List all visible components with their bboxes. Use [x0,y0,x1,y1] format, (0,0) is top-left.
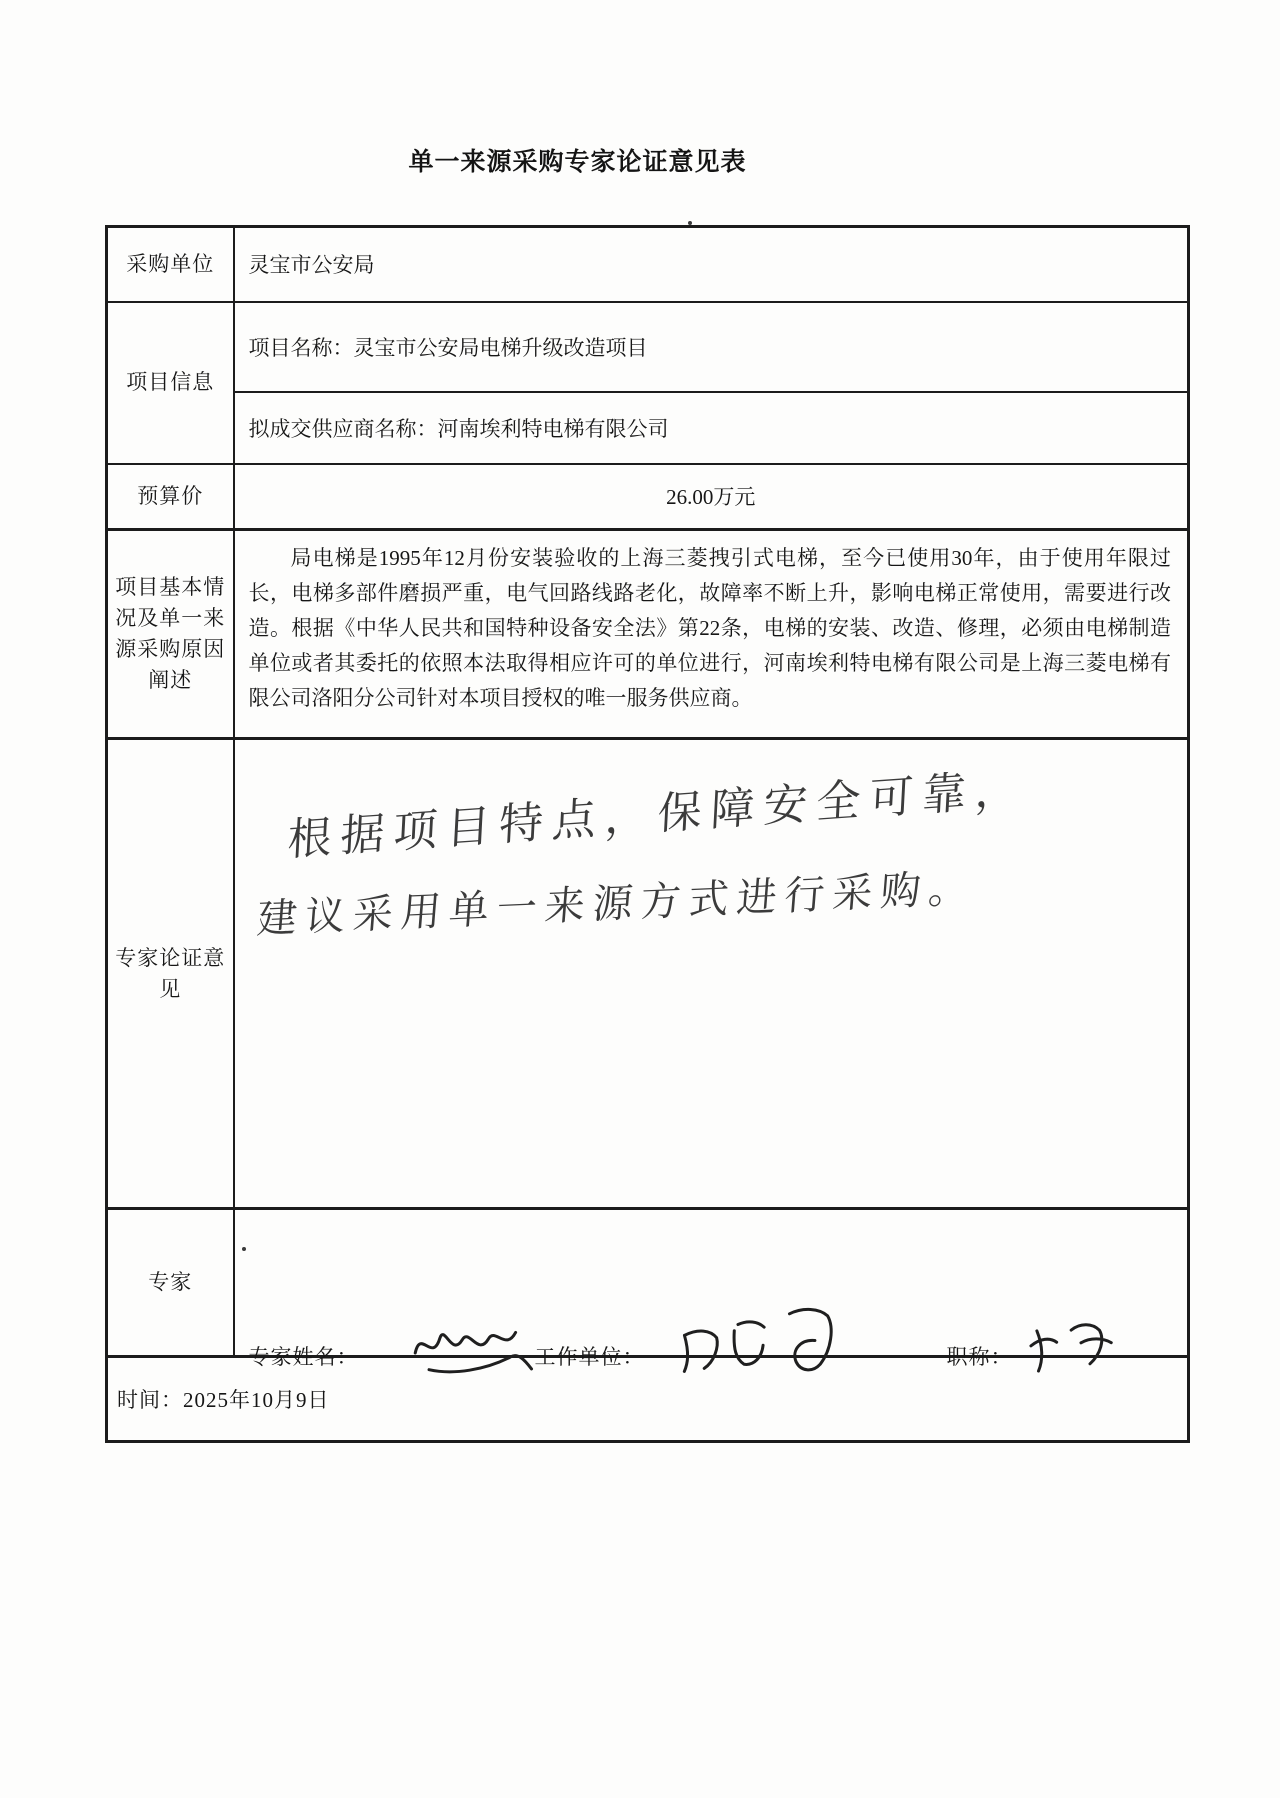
row-project-name: 项目信息 项目名称：灵宝市公安局电梯升级改造项目 [107,302,1189,392]
page-title: 单一来源采购专家论证意见表 [0,142,1155,178]
row-supplier: 拟成交供应商名称：河南埃利特电梯有限公司 [107,392,1189,464]
project-info-label: 项目信息 [107,302,234,464]
project-name-line: 项目名称：灵宝市公安局电梯升级改造项目 [234,302,1189,392]
background-label: 项目基本情况及单一来源采购原因阐述 [107,530,234,739]
expert-opinion-label: 专家论证意见 [107,739,234,1209]
scanned-document-page: 单一来源采购专家论证意见表 采购单位 灵宝市公安局 项目信息 项目名称：灵宝市公… [0,0,1280,1798]
purchasing-unit-value: 灵宝市公安局 [234,227,1189,302]
row-expert: 专家 专家姓名： 工作单位： [107,1209,1189,1357]
job-title-label: 职称： [947,1341,1013,1371]
expert-signature-cell: 专家姓名： 工作单位： [234,1209,1189,1357]
background-paragraph: 局电梯是1995年12月份安装验收的上海三菱拽引式电梯，至今已使用30年，由于使… [234,530,1189,739]
work-unit-signature [670,1296,864,1391]
budget-label: 预算价 [107,464,234,530]
budget-value: 26.00万元 [234,464,1189,530]
handwritten-opinion-line-2: 建议采用单一来源方式进行采购。 [255,856,979,945]
purchasing-unit-label: 采购单位 [107,227,234,302]
expert-label: 专家 [107,1209,234,1357]
expert-opinion-cell: 根据项目特点，保障安全可靠， 建议采用单一来源方式进行采购。 [234,739,1189,1209]
row-purchasing-unit: 采购单位 灵宝市公安局 [107,227,1189,302]
procurement-form-table: 采购单位 灵宝市公安局 项目信息 项目名称：灵宝市公安局电梯升级改造项目 拟成交… [105,225,1190,1443]
handwritten-opinion-line-1: 根据项目特点，保障安全可靠， [286,752,1030,868]
row-budget: 预算价 26.00万元 [107,464,1189,530]
row-expert-opinion: 专家论证意见 根据项目特点，保障安全可靠， 建议采用单一来源方式进行采购。 [107,739,1189,1209]
supplier-line: 拟成交供应商名称：河南埃利特电梯有限公司 [234,392,1189,464]
expert-name-label: 专家姓名： [249,1341,359,1371]
row-background: 项目基本情况及单一来源采购原因阐述 局电梯是1995年12月份安装验收的上海三菱… [107,530,1189,739]
work-unit-label: 工作单位： [535,1341,645,1371]
expert-name-signature [401,1306,543,1390]
